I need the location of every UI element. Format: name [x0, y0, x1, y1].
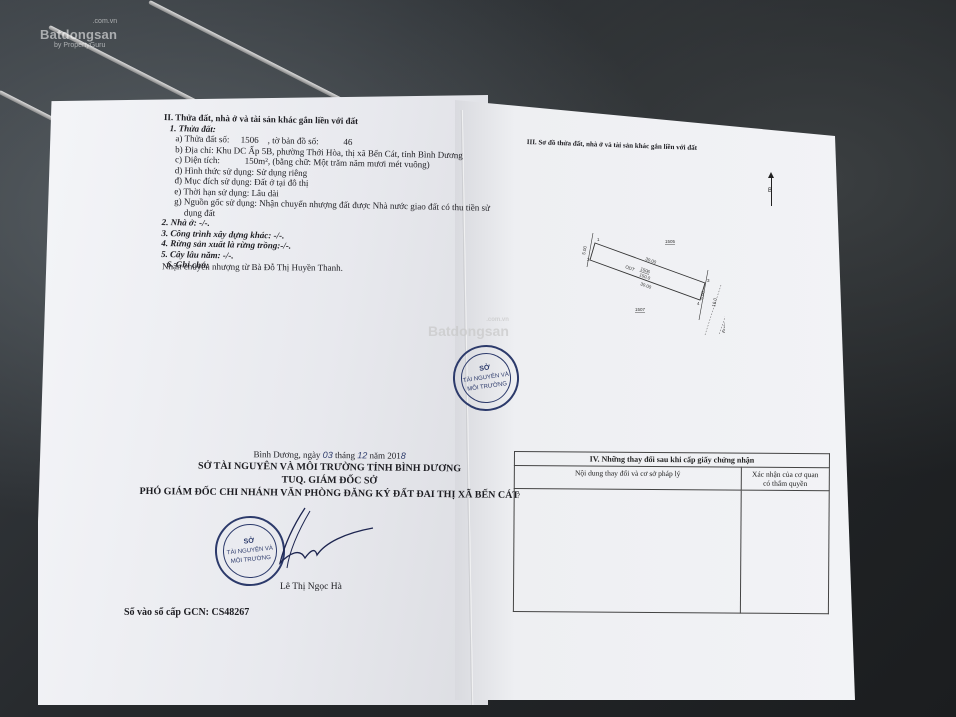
changes-table: IV. Những thay đổi sau khi cấp giấy chứn…	[513, 451, 830, 614]
watermark-brand: Batdongsan	[40, 27, 117, 42]
signer-name: Lê Thị Ngọc Hà	[280, 582, 342, 593]
handwritten-signature	[265, 503, 375, 583]
watermark-tagline: by PropertyGuru	[54, 42, 117, 49]
map-number: 46	[343, 137, 352, 147]
section-2-land-info: II. Thửa đất, nhà ở và tài sản khác gắn …	[161, 112, 492, 276]
north-arrow-icon: B	[771, 176, 772, 206]
svg-text:3: 3	[707, 278, 710, 283]
svg-text:Đường 419 đường: Đường 419 đường	[721, 295, 725, 333]
svg-text:30.00: 30.00	[640, 281, 653, 290]
lot-number: 1506	[241, 135, 259, 145]
watermark-top: .com.vn Batdongsan by PropertyGuru	[40, 26, 117, 49]
land-plot-diagram: 1 2 3 4 5.00 5.00 30.00 30.00 ODT 1506 1…	[575, 225, 725, 335]
issue-month: 12	[357, 450, 367, 460]
svg-text:5.00: 5.00	[699, 290, 706, 300]
notes-text: Nhận chuyển nhượng từ Bà Đỗ Thị Huyền Th…	[162, 261, 343, 273]
column-header-confirmation: Xác nhận của cơ quan có thẩm quyền	[741, 467, 829, 491]
svg-text:4: 4	[697, 301, 700, 306]
gcn-number-row: Số vào sổ cấp GCN: CS48267	[124, 608, 249, 619]
svg-text:2: 2	[587, 257, 590, 262]
svg-text:ODT: ODT	[625, 264, 636, 272]
svg-text:1507: 1507	[635, 307, 646, 312]
gcn-number: CS48267	[212, 607, 250, 618]
watermark-center: .com.vn Batdongsan	[428, 323, 509, 339]
svg-text:16.0: 16.0	[711, 297, 718, 307]
svg-text:1505: 1505	[665, 239, 676, 244]
confirmation-entry	[740, 490, 829, 614]
plot-drawing: 1 2 3 4 5.00 5.00 30.00 30.00 ODT 1506 1…	[575, 225, 725, 335]
signature-block: Bình Dương, ngày 03 tháng 12 năm 2018 SỞ…	[139, 448, 519, 501]
issue-year-digit: 8	[401, 451, 406, 461]
svg-text:5.00: 5.00	[581, 245, 588, 255]
column-header-changes: Nội dung thay đổi và cơ sở pháp lý	[514, 466, 741, 491]
svg-text:1: 1	[597, 237, 600, 242]
issue-day: 03	[323, 450, 333, 460]
changes-entry: ?	[513, 489, 741, 614]
